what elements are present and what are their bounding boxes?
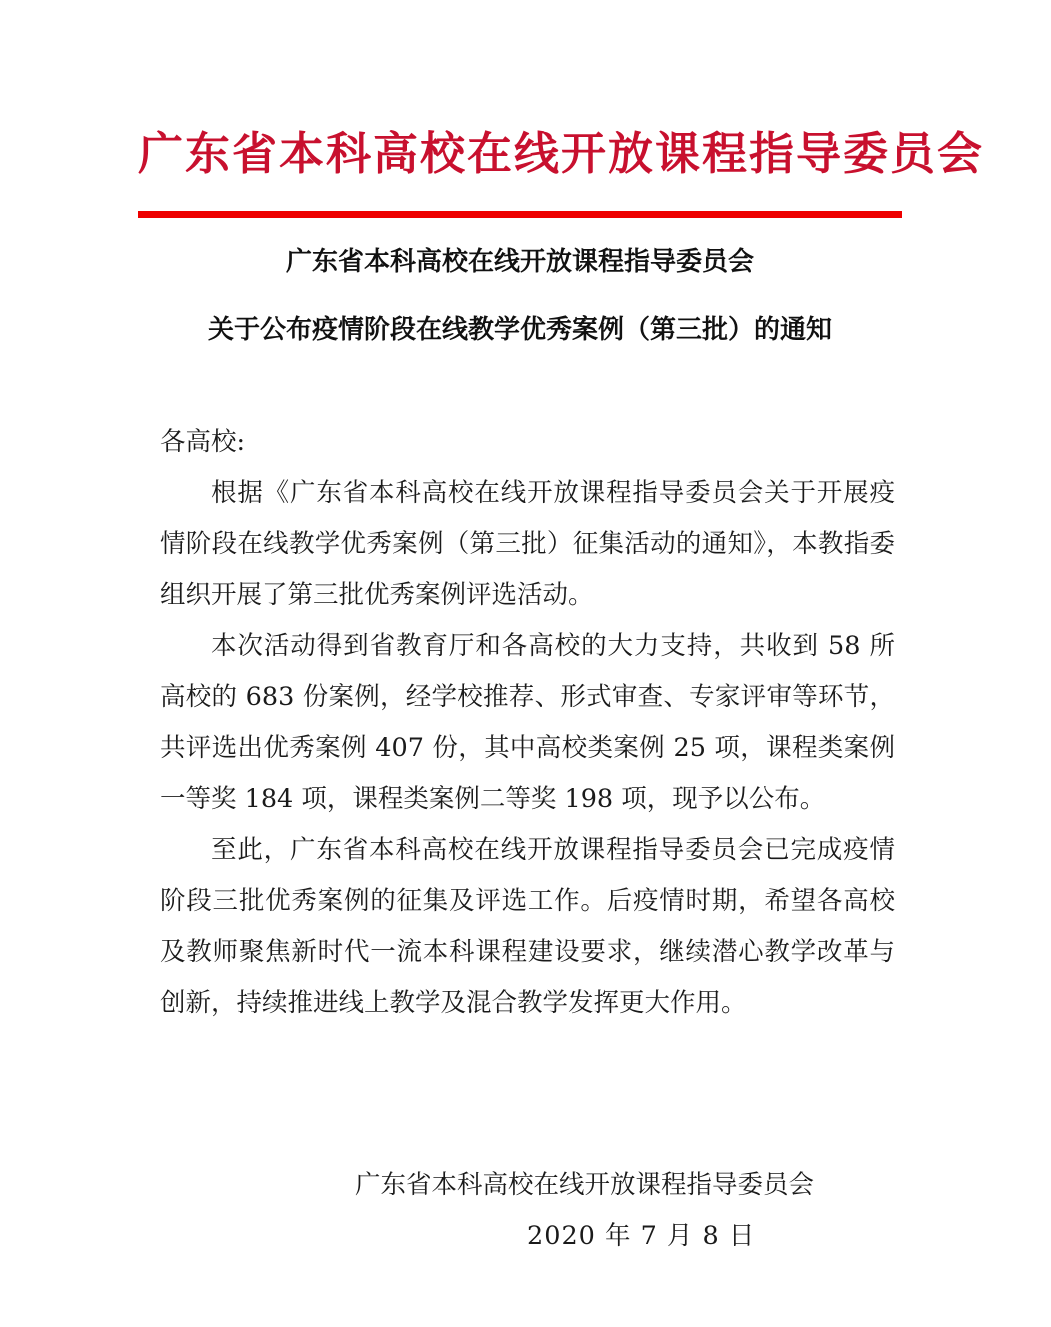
paragraph-basis: 根据《广东省本科高校在线开放课程指导委员会关于开展疫情阶段在线教学优秀案例（第三… — [160, 468, 895, 621]
letterhead-red-rule — [138, 211, 902, 218]
document-page: 广东省本科高校在线开放课程指导委员会 广东省本科高校在线开放课程指导委员会 关于… — [0, 0, 1051, 1327]
salutation: 各高校: — [160, 417, 895, 468]
notice-title-subject: 关于公布疫情阶段在线教学优秀案例（第三批）的通知 — [138, 310, 902, 350]
notice-title-issuer: 广东省本科高校在线开放课程指导委员会 — [138, 242, 902, 282]
notice-body: 各高校: 根据《广东省本科高校在线开放课程指导委员会关于开展疫情阶段在线教学优秀… — [160, 417, 895, 1029]
signature-org: 广东省本科高校在线开放课程指导委员会 — [355, 1160, 875, 1211]
letterhead-title: 广东省本科高校在线开放课程指导委员会 — [138, 122, 902, 186]
signature-date: 2020 年 7 月 8 日 — [355, 1211, 875, 1262]
paragraph-results: 本次活动得到省教育厅和各高校的大力支持，共收到 58 所高校的 683 份案例，… — [160, 621, 895, 825]
paragraph-conclusion: 至此，广东省本科高校在线开放课程指导委员会已完成疫情阶段三批优秀案例的征集及评选… — [160, 825, 895, 1029]
signature-block: 广东省本科高校在线开放课程指导委员会 2020 年 7 月 8 日 — [355, 1160, 875, 1262]
